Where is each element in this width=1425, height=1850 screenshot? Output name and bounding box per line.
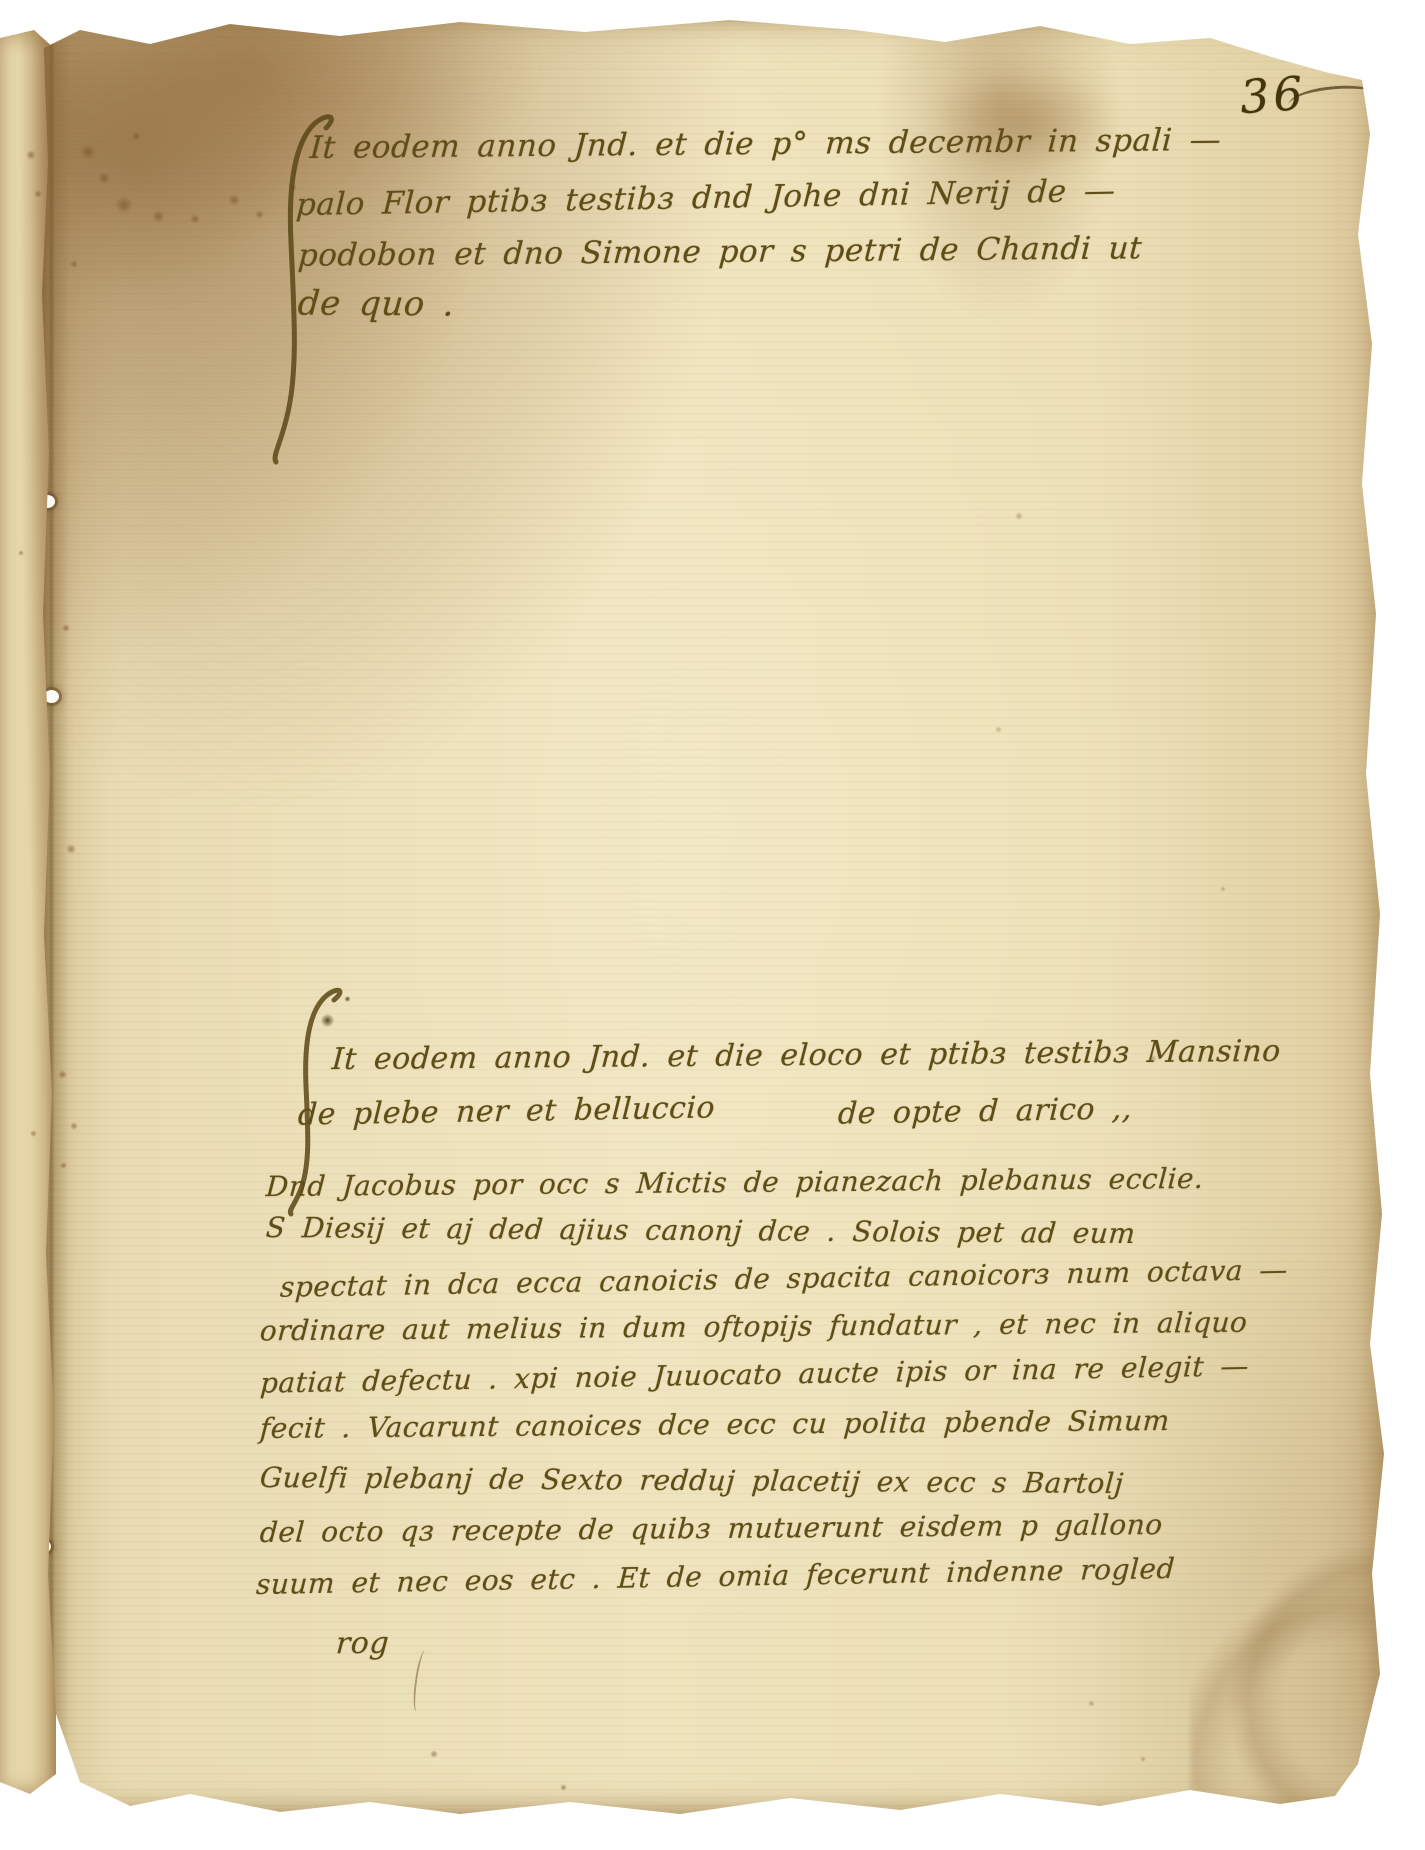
manuscript-line: de plebe ner et belluccio: [297, 1090, 716, 1132]
foxing-spot: [560, 1784, 567, 1791]
scanned-manuscript-image: 36 It eodem anno Jnd. et die p° ms decem…: [0, 0, 1425, 1850]
manuscript-line: It eodem anno Jnd. et die p° ms decembr …: [309, 122, 1222, 166]
foxing-spot: [1015, 512, 1023, 520]
foxing-spot: [58, 1070, 67, 1079]
foxing-spot: [66, 844, 76, 854]
stain: [34, 190, 42, 198]
manuscript-line: palo Flor ptibз testibз dnd Johe dni Ner…: [295, 173, 1116, 223]
manuscript-line: de opte d arico ,,: [837, 1091, 1133, 1131]
foxing-spot: [1140, 1756, 1146, 1762]
manuscript-line: fecit . Vacarunt canoices dce ecc cu pol…: [259, 1404, 1171, 1445]
foxing-spot: [1088, 1700, 1095, 1707]
foxing-spot: [70, 1122, 78, 1130]
manuscript-line: Dnd Jacobus por occ s Mictis de pianezac…: [265, 1162, 1205, 1203]
manuscript-line: It eodem anno Jnd. et die eloco et ptibз…: [331, 1034, 1282, 1077]
manuscript-line: ordinare aut melius in dum oftopijs fund…: [259, 1306, 1248, 1348]
foxing-spot: [98, 172, 110, 184]
foxing-spot: [62, 624, 70, 632]
foxing-spot: [132, 132, 141, 141]
stain: [18, 550, 24, 556]
foxing-spot: [115, 196, 133, 214]
paper-laid-lines-texture: [40, 14, 1390, 1820]
foxing-spot: [190, 214, 200, 224]
foxing-spot: [255, 210, 264, 219]
manuscript-line: S Diesij et aj ded ajius canonj dce . So…: [265, 1211, 1137, 1250]
manuscript-line: suum et nec eos etc . Et de omia fecerun…: [255, 1552, 1176, 1601]
foxing-spot: [430, 1750, 438, 1758]
foxing-spot: [60, 1162, 67, 1169]
paper-fiber: [411, 1649, 432, 1712]
foxing-spot: [152, 210, 165, 223]
manuscript-page: 36 It eodem anno Jnd. et die p° ms decem…: [40, 14, 1390, 1820]
foxing-spot: [1220, 886, 1226, 892]
foxing-spot: [70, 260, 78, 268]
stain: [30, 1130, 37, 1137]
manuscript-line: de quo .: [296, 283, 456, 324]
binding-crease: [50, 14, 53, 1820]
manuscript-line: del octo qз recepte de quibз mutuerunt e…: [259, 1508, 1164, 1549]
manuscript-line: patiat defectu . xpi noie Juuocato aucte…: [259, 1349, 1250, 1399]
manuscript-line: rog: [335, 1626, 390, 1661]
foxing-spot: [228, 194, 240, 206]
crumpled-corner-texture: [1190, 1544, 1400, 1814]
stain: [26, 150, 36, 160]
manuscript-line: podobon et dno Simone por s petri de Cha…: [297, 230, 1143, 273]
manuscript-line: Guelfi plebanj de Sexto redduj placetij …: [259, 1461, 1125, 1500]
manuscript-line: spectat in dca ecca canoicis de spacita …: [279, 1253, 1289, 1304]
foxing-spot: [80, 144, 96, 160]
foxing-spot: [995, 726, 1002, 733]
